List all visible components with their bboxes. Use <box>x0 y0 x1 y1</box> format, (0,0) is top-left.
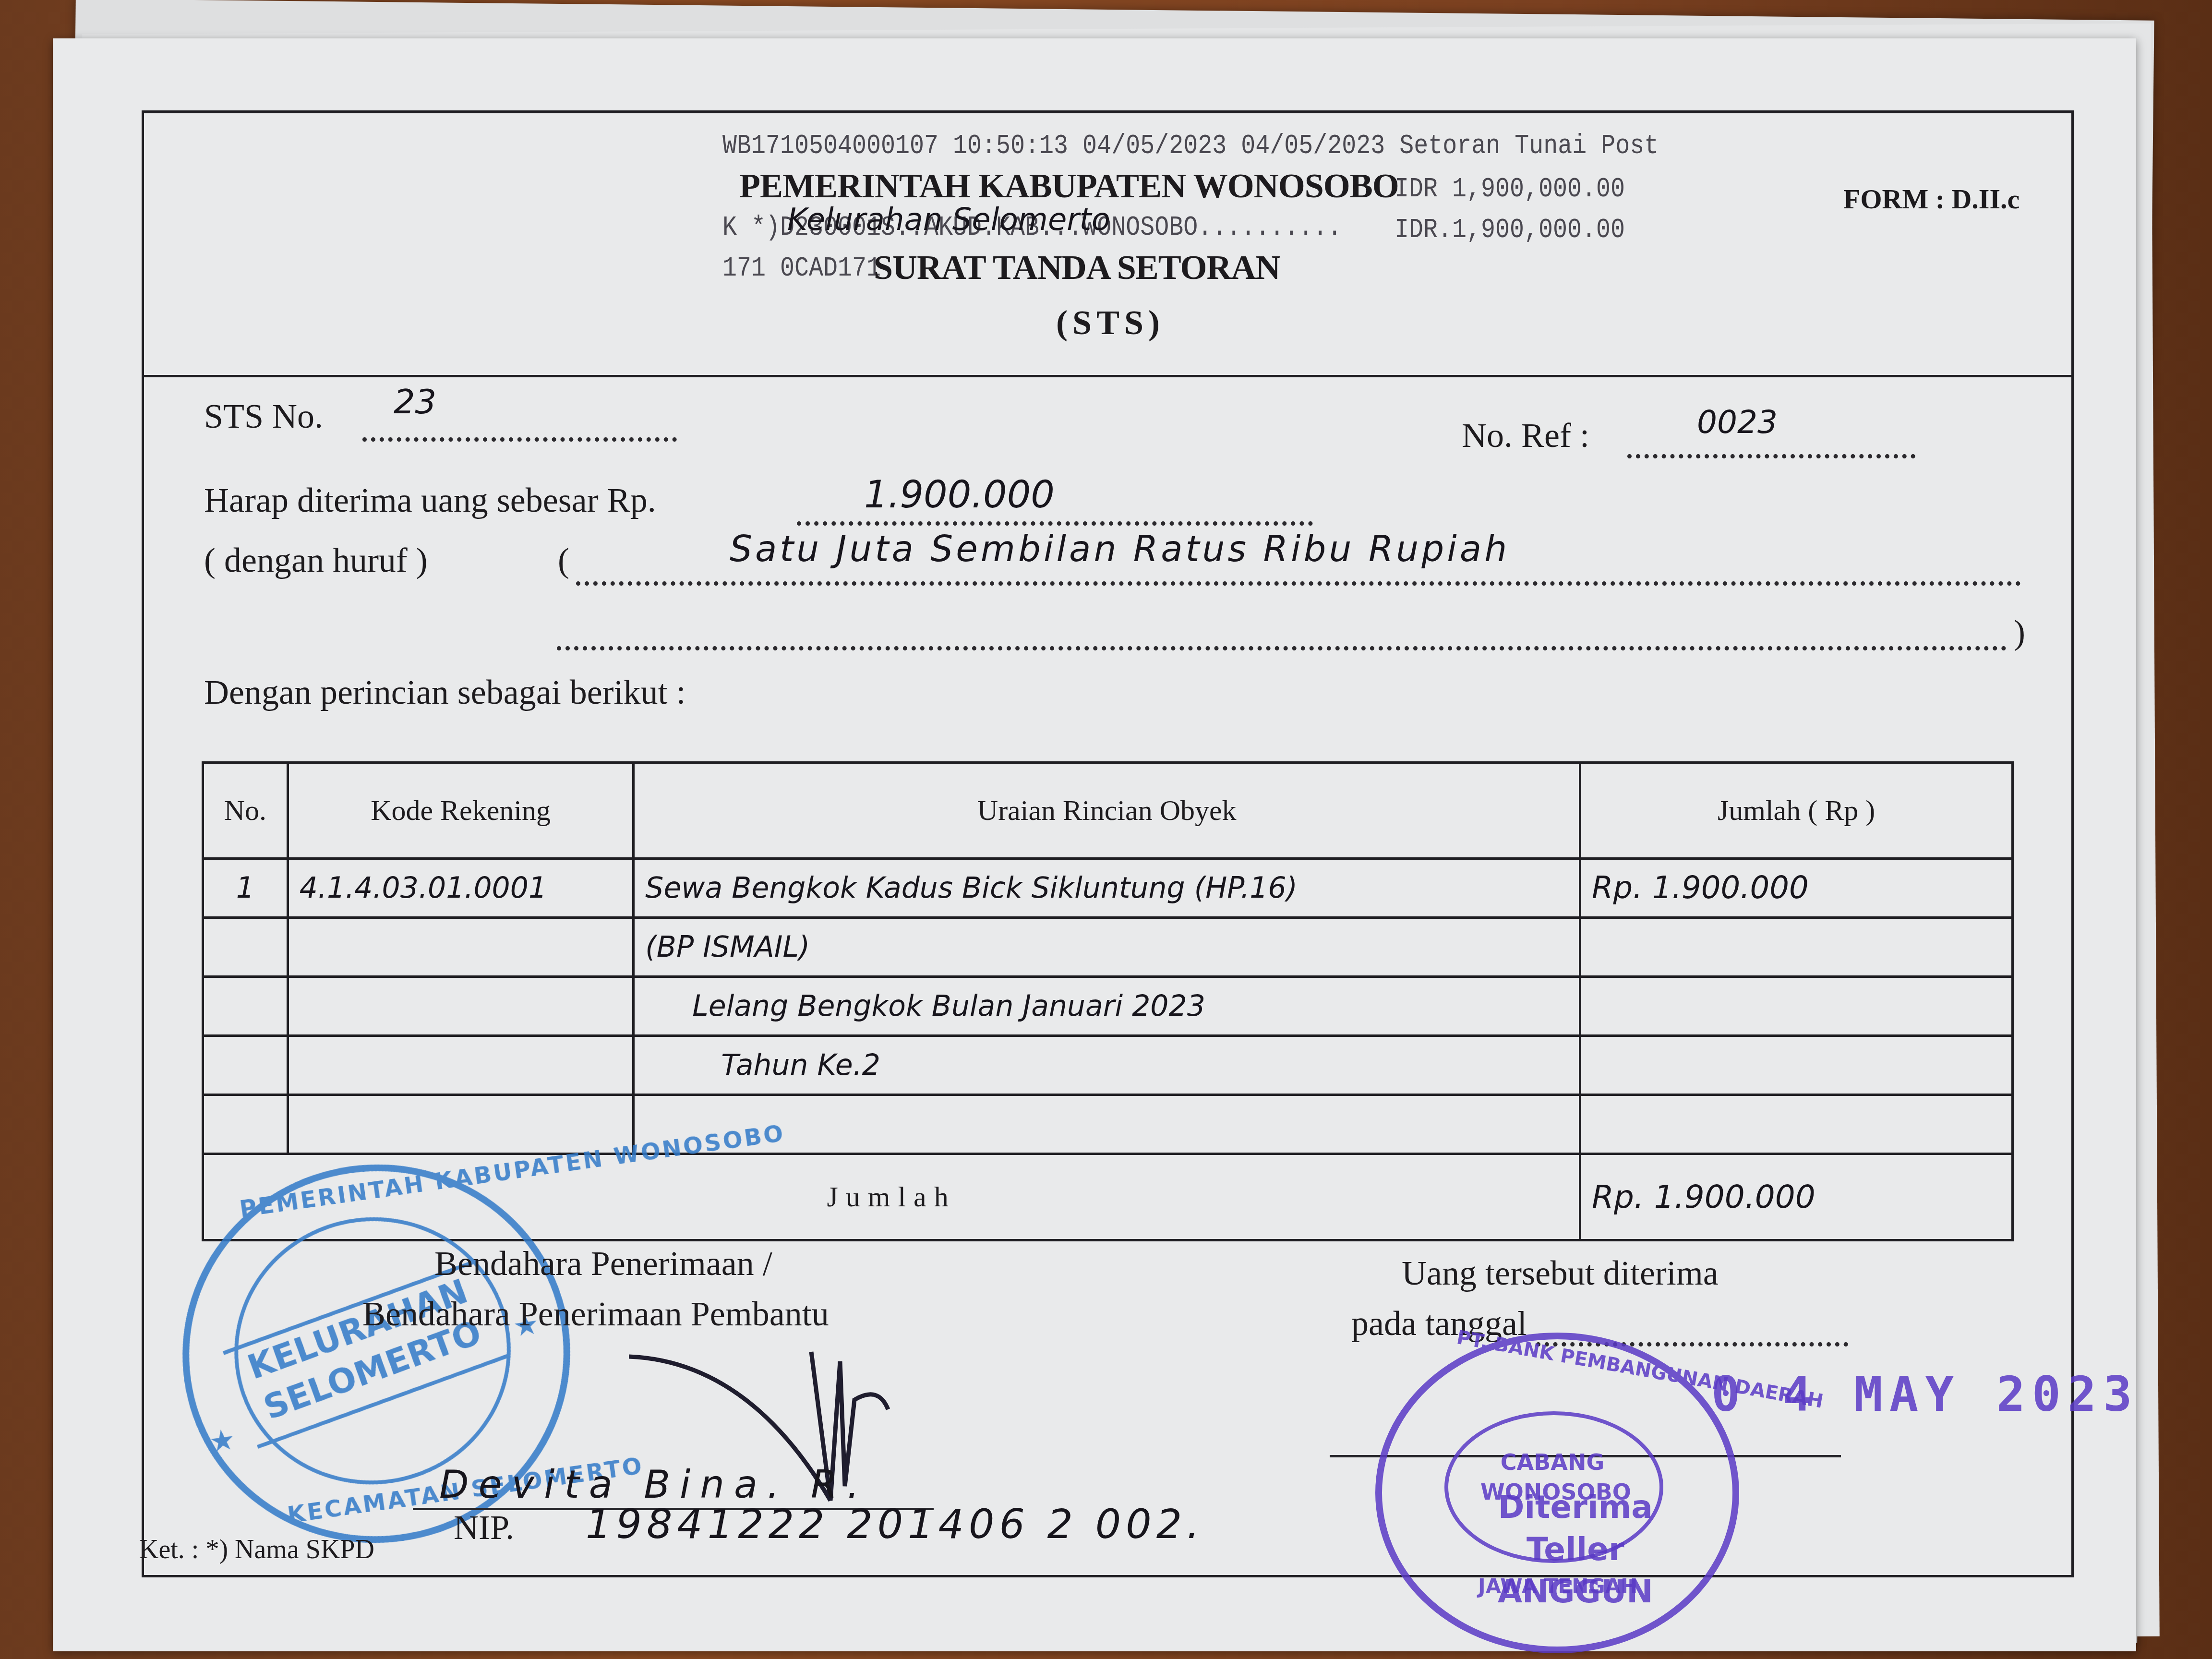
signer-title-2: Bendahara Penerimaan Pembantu <box>362 1294 829 1334</box>
cell-jumlah[interactable] <box>1580 977 2013 1036</box>
cell-kode[interactable] <box>288 1095 633 1154</box>
teller-line-3: ANGGUN <box>1498 1571 1653 1613</box>
cell-uraian[interactable]: Lelang Bengkok Bulan Januari 2023 <box>634 977 1580 1036</box>
teller-stamp: Diterima Teller ANGGUN <box>1498 1486 1653 1613</box>
nip-value[interactable]: 19841222 201406 2 002. <box>586 1501 1204 1548</box>
sts-document: WB1710504000107 10:50:13 04/05/2023 04/0… <box>53 38 2136 1651</box>
cell-kode[interactable] <box>288 977 633 1036</box>
footnote: Ket. : *) Nama SKPD <box>139 1534 374 1565</box>
amount-value[interactable]: 1.900.000 <box>864 473 1055 517</box>
header-divider <box>144 375 2071 377</box>
document-subtitle: (STS) <box>1056 303 1165 343</box>
cell-jumlah[interactable] <box>1580 1095 2013 1154</box>
form-border: WB1710504000107 10:50:13 04/05/2023 04/0… <box>142 110 2074 1577</box>
total-value[interactable]: Rp. 1.900.000 <box>1580 1154 2013 1240</box>
col-header-jumlah: Jumlah ( Rp ) <box>1580 763 2013 859</box>
col-header-no: No. <box>203 763 288 859</box>
table-row <box>203 1095 2013 1154</box>
sts-no-value[interactable]: 23 <box>394 382 436 421</box>
cell-no[interactable]: 1 <box>203 859 288 918</box>
cell-no[interactable] <box>203 1036 288 1095</box>
cell-no[interactable] <box>203 918 288 977</box>
bank-print-amount1: IDR 1,900,000.00 <box>1395 174 1625 205</box>
government-name: PEMERINTAH KABUPATEN WONOSOBO <box>739 166 1399 206</box>
table-header-row: No. Kode Rekening Uraian Rincian Obyek J… <box>203 763 2013 859</box>
bank-print-amount2: IDR.1,900,000.00 <box>1395 215 1625 246</box>
words-dotline-2 <box>557 646 2007 650</box>
cell-jumlah[interactable] <box>1580 1036 2013 1095</box>
bank-print-line1: WB1710504000107 10:50:13 04/05/2023 04/0… <box>722 131 1659 162</box>
table-row: (BP ISMAIL) <box>203 918 2013 977</box>
words-dotline-1 <box>576 581 2021 586</box>
cell-kode[interactable] <box>288 1036 633 1095</box>
cell-no[interactable] <box>203 977 288 1036</box>
received-title-1: Uang tersebut diterima <box>1402 1253 1719 1293</box>
ref-value[interactable]: 0023 <box>1697 404 1778 441</box>
form-code: FORM : D.II.c <box>1843 183 2020 215</box>
words-label: ( dengan huruf ) <box>204 541 428 580</box>
sts-no-dotline <box>362 437 677 442</box>
ref-dotline <box>1627 454 1915 458</box>
cell-kode[interactable] <box>288 918 633 977</box>
star-icon: ★ <box>207 1422 238 1459</box>
table-row: 1 4.1.4.03.01.0001 Sewa Bengkok Kadus Bi… <box>203 859 2013 918</box>
nip-label: NIP. <box>454 1508 514 1548</box>
table-row: Tahun Ke.2 <box>203 1036 2013 1095</box>
cell-jumlah[interactable] <box>1580 918 2013 977</box>
amount-label: Harap diterima uang sebesar Rp. <box>204 481 656 520</box>
skpd-handwritten: Kelurahan Selomerto <box>787 202 1110 238</box>
cell-uraian[interactable]: Tahun Ke.2 <box>634 1036 1580 1095</box>
col-header-uraian: Uraian Rincian Obyek <box>634 763 1580 859</box>
ref-label: No. Ref : <box>1462 416 1589 456</box>
teller-line-1: Diterima <box>1498 1486 1653 1528</box>
sts-no-label: STS No. <box>204 397 323 436</box>
words-open-paren: ( <box>558 541 569 580</box>
detail-intro: Dengan perincian sebagai berikut : <box>204 673 686 712</box>
signer-title-1: Bendahara Penerimaan / <box>434 1244 772 1284</box>
bank-stamp-center-line1: CABANG <box>1480 1447 1624 1477</box>
words-close-paren: ) <box>2014 613 2025 652</box>
cell-no[interactable] <box>203 1095 288 1154</box>
cell-uraian[interactable]: (BP ISMAIL) <box>634 918 1580 977</box>
amount-dotline <box>797 521 1313 526</box>
document-title: SURAT TANDA SETORAN <box>874 248 1280 288</box>
bank-print-line4: 171 0CAD171 <box>722 253 881 285</box>
words-value[interactable]: Satu Juta Sembilan Ratus Ribu Rupiah <box>730 529 1510 570</box>
cell-uraian[interactable]: Sewa Bengkok Kadus Bick Sikluntung (HP.1… <box>634 859 1580 918</box>
cell-jumlah[interactable]: Rp. 1.900.000 <box>1580 859 2013 918</box>
table-row: Lelang Bengkok Bulan Januari 2023 <box>203 977 2013 1036</box>
teller-line-2: Teller <box>1498 1528 1653 1571</box>
date-stamp: 0 4 MAY 2023 <box>1711 1366 2139 1422</box>
col-header-kode-rekening: Kode Rekening <box>288 763 633 859</box>
cell-kode[interactable]: 4.1.4.03.01.0001 <box>288 859 633 918</box>
